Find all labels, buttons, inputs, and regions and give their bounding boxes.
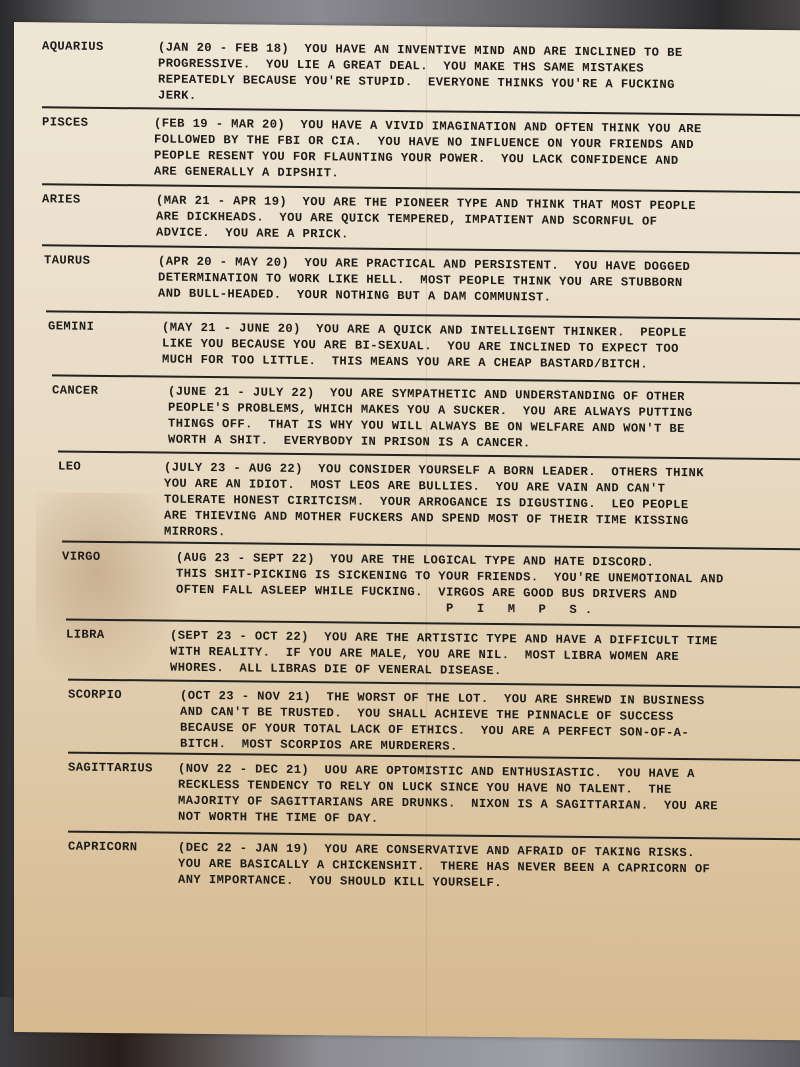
sign-name: TAURUS <box>44 252 90 268</box>
sign-name: AQUARIUS <box>42 38 104 55</box>
sign-entry-capricorn: CAPRICORN(DEC 22 - JAN 19) YOU ARE CONSE… <box>14 834 800 842</box>
sign-name: VIRGO <box>62 549 101 565</box>
sign-name: GEMINI <box>48 318 94 334</box>
divider-rule <box>46 310 800 320</box>
sign-description: (MAR 21 - APR 19) YOU ARE THE PIONEER TY… <box>156 192 800 247</box>
sign-description: (JAN 20 - FEB 18) YOU HAVE AN INVENTIVE … <box>158 40 800 111</box>
sign-name: PISCES <box>42 114 88 130</box>
sign-description: (AUG 23 - SEPT 22) YOU ARE THE LOGICAL T… <box>176 550 800 621</box>
sign-entry-taurus: TAURUS(APR 20 - MAY 20) YOU ARE PRACTICA… <box>14 248 800 256</box>
sign-description: (DEC 22 - JAN 19) YOU ARE CONSERVATIVE A… <box>178 840 800 895</box>
sign-name: ARIES <box>42 191 81 207</box>
sign-description: (JUNE 21 - JULY 22) YOU ARE SYMPATHETIC … <box>168 384 800 455</box>
sign-description: (NOV 22 - DEC 21) UOU ARE OPTOMISTIC AND… <box>178 761 800 832</box>
sign-entry-gemini: GEMINI(MAY 21 - JUNE 20) YOU ARE A QUICK… <box>14 314 800 322</box>
sign-name: SCORPIO <box>68 687 122 704</box>
sign-entry-pisces: PISCES(FEB 19 - MAR 20) YOU HAVE A VIVID… <box>14 110 800 118</box>
sign-entry-leo: LEO(JULY 23 - AUG 22) YOU CONSIDER YOURS… <box>14 454 800 462</box>
sign-description: (SEPT 23 - OCT 22) YOU ARE THE ARTISTIC … <box>170 628 800 683</box>
typewritten-page: AQUARIUS(JAN 20 - FEB 18) YOU HAVE AN IN… <box>14 22 800 1040</box>
sign-description: (FEB 19 - MAR 20) YOU HAVE A VIVID IMAGI… <box>154 115 800 186</box>
sign-name: SAGITTARIUS <box>68 760 153 777</box>
sign-name: LEO <box>58 458 81 474</box>
sign-name: CANCER <box>52 382 98 398</box>
sign-description: (APR 20 - MAY 20) YOU ARE PRACTICAL AND … <box>158 254 800 309</box>
sign-description: (MAY 21 - JUNE 20) YOU ARE A QUICK AND I… <box>162 320 800 375</box>
sign-entry-aquarius: AQUARIUS(JAN 20 - FEB 18) YOU HAVE AN IN… <box>14 34 800 42</box>
horoscope-list: AQUARIUS(JAN 20 - FEB 18) YOU HAVE AN IN… <box>14 22 800 30</box>
sign-entry-cancer: CANCER(JUNE 21 - JULY 22) YOU ARE SYMPAT… <box>14 378 800 386</box>
sign-name: CAPRICORN <box>68 839 137 856</box>
sign-name: LIBRA <box>66 627 105 643</box>
sign-description: (JULY 23 - AUG 22) YOU CONSIDER YOURSELF… <box>164 460 800 547</box>
sign-description: (OCT 23 - NOV 21) THE WORST OF THE LOT. … <box>180 688 800 758</box>
sign-entry-aries: ARIES(MAR 21 - APR 19) YOU ARE THE PIONE… <box>14 187 800 195</box>
